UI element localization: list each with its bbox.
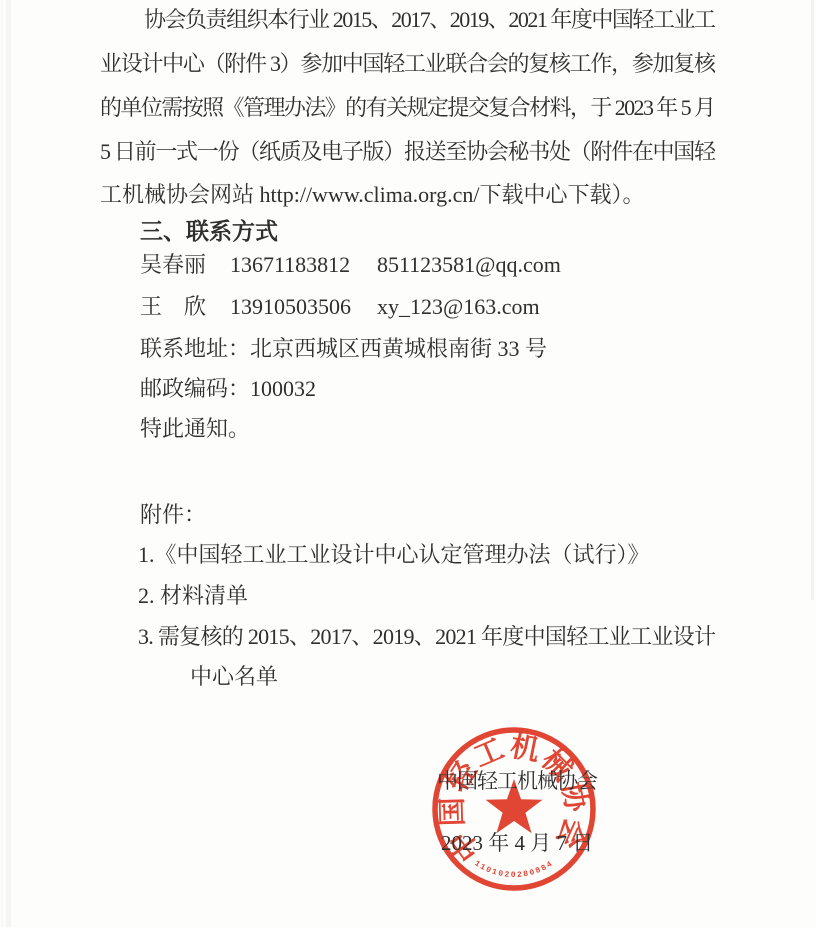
seal-serial-number: 1101020280884 <box>473 859 556 880</box>
contact-name: 王 欣 <box>140 294 206 319</box>
contact-row-1: 吴春丽 13671183812 851123581@qq.com <box>140 252 561 277</box>
document-canvas: 中国轻工机械协会 1101020280884 协会负责组织本行业 2015、20… <box>0 0 816 927</box>
attachment-item-3-continued: 中心名单 <box>190 664 278 689</box>
attachments-heading: 附件： <box>140 502 206 527</box>
signature-date: 2023 年 4 月 7 日 <box>441 831 593 855</box>
attachment-item-2: 2. 材料清单 <box>138 583 248 608</box>
paragraph-line-5-with-url: 工机械协会网站 http://www.clima.org.cn/下载中心下载）。 <box>100 182 644 207</box>
scan-artifact-left-streak <box>6 0 11 927</box>
contact-email: 851123581@qq.com <box>377 252 561 277</box>
attachment-item-3: 3. 需复核的 2015、2017、2019、2021 年度中国轻工业工业设计 <box>138 624 716 649</box>
paragraph-line-4: 5 日前一式一份（纸质及电子版）报送至协会秘书处（附件在中国轻 <box>100 139 717 164</box>
notice-document-page: 中国轻工机械协会 1101020280884 协会负责组织本行业 2015、20… <box>0 0 816 927</box>
scan-artifact-right-edge <box>811 0 814 600</box>
contact-phone: 13910503506 <box>230 294 351 319</box>
official-seal: 中国轻工机械协会 1101020280884 <box>427 722 598 888</box>
contact-email: xy_123@163.com <box>377 294 540 319</box>
paragraph-line-3: 的单位需按照《管理办法》的有关规定提交复合材料，于 2023 年 5 月 <box>100 95 716 121</box>
signature-org-name: 中国轻工机械协会 <box>437 769 598 793</box>
postal-code-line: 邮政编码：100032 <box>140 376 316 401</box>
address-line: 联系地址：北京西城区西黄城根南街 33 号 <box>140 336 547 361</box>
contact-name: 吴春丽 <box>140 252 206 277</box>
scan-artifact-left-edge <box>1 0 3 927</box>
paragraph-line-2: 业设计中心（附件 3）参加中国轻工业联合会的复核工作，参加复核 <box>100 51 717 77</box>
paragraph-line-1: 协会负责组织本行业 2015、2017、2019、2021 年度中国轻工业工 <box>144 7 716 32</box>
notice-closing-line: 特此通知。 <box>140 416 250 441</box>
contact-phone: 13671183812 <box>230 252 350 277</box>
contact-row-2: 王 欣 13910503506 xy_123@163.com <box>140 294 540 319</box>
section-heading-contact: 三、联系方式 <box>140 218 278 244</box>
attachment-item-1: 1.《中国轻工业工业设计中心认定管理办法（试行）》 <box>138 542 650 567</box>
